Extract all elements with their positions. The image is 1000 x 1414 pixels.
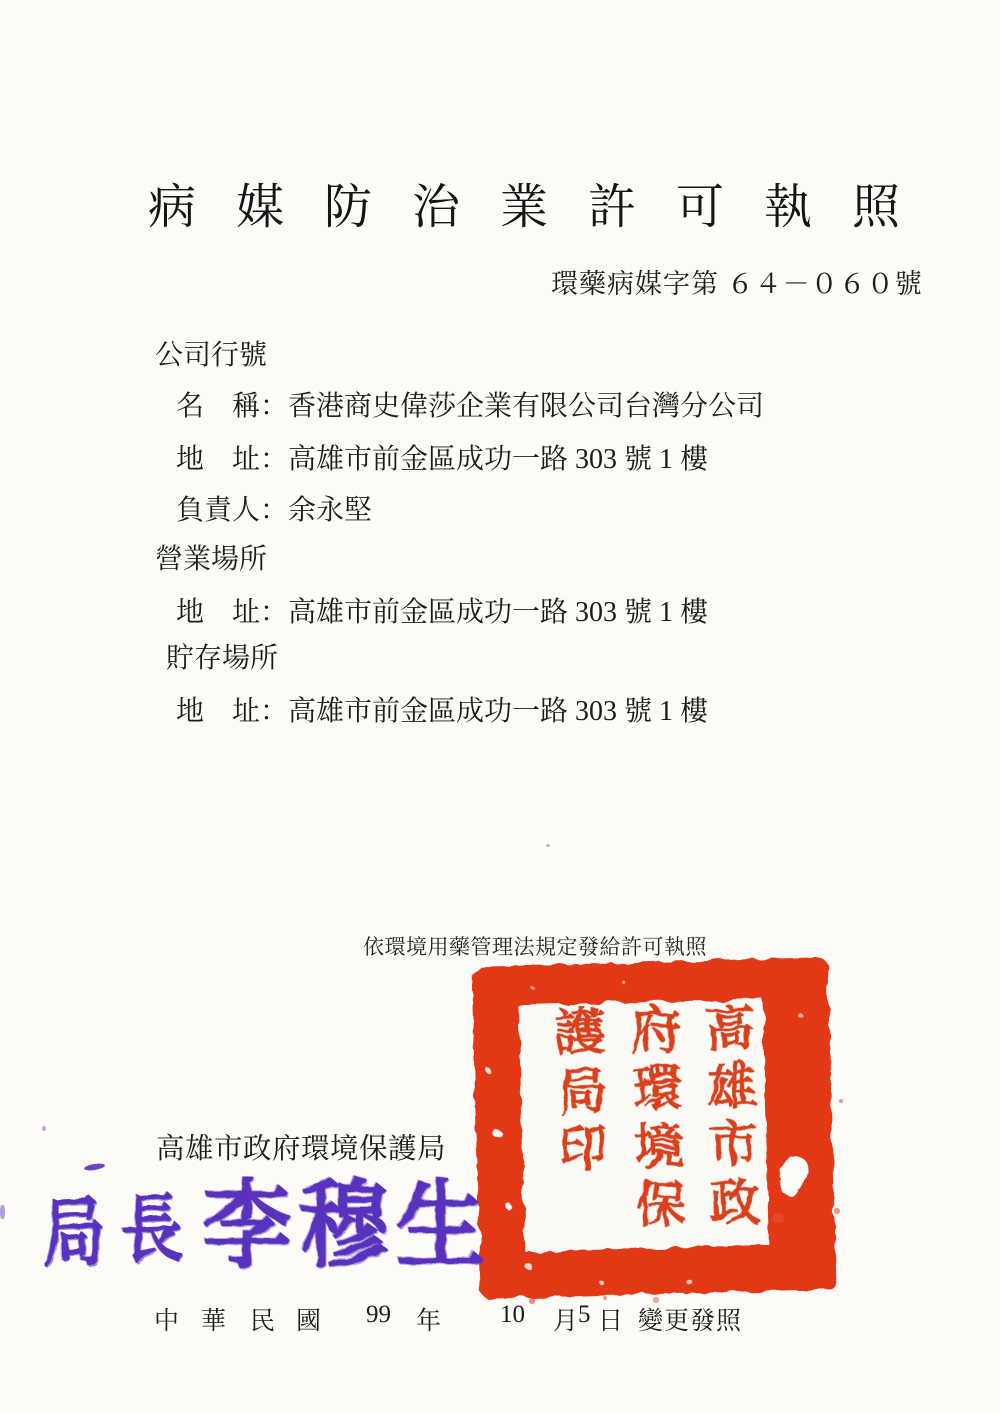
company-name-row: 名 稱：香港商史偉莎企業有限公司台灣分公司	[176, 384, 764, 424]
license-number: 環藥病媒字第 ６４－０６０號	[551, 262, 923, 301]
business-address-value: 高雄市前金區成功一路 303 號 1 樓	[288, 597, 708, 628]
official-seal-text: 高雄市政府環境保護局印	[519, 999, 770, 1252]
storage-address-row: 地 址：高雄市前金區成功一路 303 號 1 樓	[176, 689, 708, 729]
date-note: 變更發照	[638, 1301, 742, 1337]
date-token: 年	[416, 1301, 441, 1337]
signature-name: 李穆生	[202, 1148, 493, 1286]
business-address-label: 地 址：	[176, 597, 288, 628]
company-owner-value: 余永堅	[288, 495, 372, 526]
date-month-value: 10	[500, 1301, 525, 1329]
date-token: 中	[154, 1301, 179, 1337]
signature-ink-speck	[42, 1126, 46, 1131]
signature-ink-edge-mark	[0, 1205, 5, 1219]
date-token: 華	[201, 1301, 226, 1337]
signature-title: 局長	[41, 1167, 200, 1282]
issuance-statement: 依環境用藥管理法規定發給許可執照	[363, 931, 707, 961]
date-token: 月	[553, 1301, 578, 1337]
seal-ink-specks	[0, 0, 2, 2]
date-year-value: 99	[366, 1301, 391, 1329]
company-address-value: 高雄市前金區成功一路 303 號 1 樓	[288, 444, 708, 475]
storage-address-value: 高雄市前金區成功一路 303 號 1 樓	[288, 696, 708, 727]
license-document: 病媒防治業許可執照 環藥病媒字第 ６４－０６０號 公司行號 名 稱：香港商史偉莎…	[0, 0, 1000, 1414]
company-owner-label: 負責人：	[176, 495, 288, 526]
section-heading-business-site: 營業場所	[155, 537, 267, 577]
company-owner-row: 負責人：余永堅	[176, 488, 372, 528]
company-address-row: 地 址：高雄市前金區成功一路 303 號 1 樓	[176, 437, 708, 477]
date-token: 國	[296, 1301, 321, 1337]
paper-speck	[546, 844, 550, 847]
director-signature-stamp: 局長 李穆生	[44, 1178, 493, 1286]
official-seal-stamp: 高雄市政府環境保護局印	[471, 957, 836, 1299]
section-heading-company: 公司行號	[155, 333, 267, 373]
storage-address-label: 地 址：	[176, 696, 288, 727]
company-name-value: 香港商史偉莎企業有限公司台灣分公司	[288, 391, 764, 422]
company-address-label: 地 址：	[176, 444, 288, 475]
date-day-value: 5	[578, 1301, 591, 1329]
document-title: 病媒防治業許可執照	[148, 168, 940, 237]
date-token: 民	[250, 1301, 275, 1337]
business-address-row: 地 址：高雄市前金區成功一路 303 號 1 樓	[176, 590, 708, 630]
company-name-label: 名 稱：	[176, 391, 288, 422]
date-token: 日	[598, 1301, 623, 1337]
section-heading-storage-site: 貯存場所	[166, 636, 278, 676]
